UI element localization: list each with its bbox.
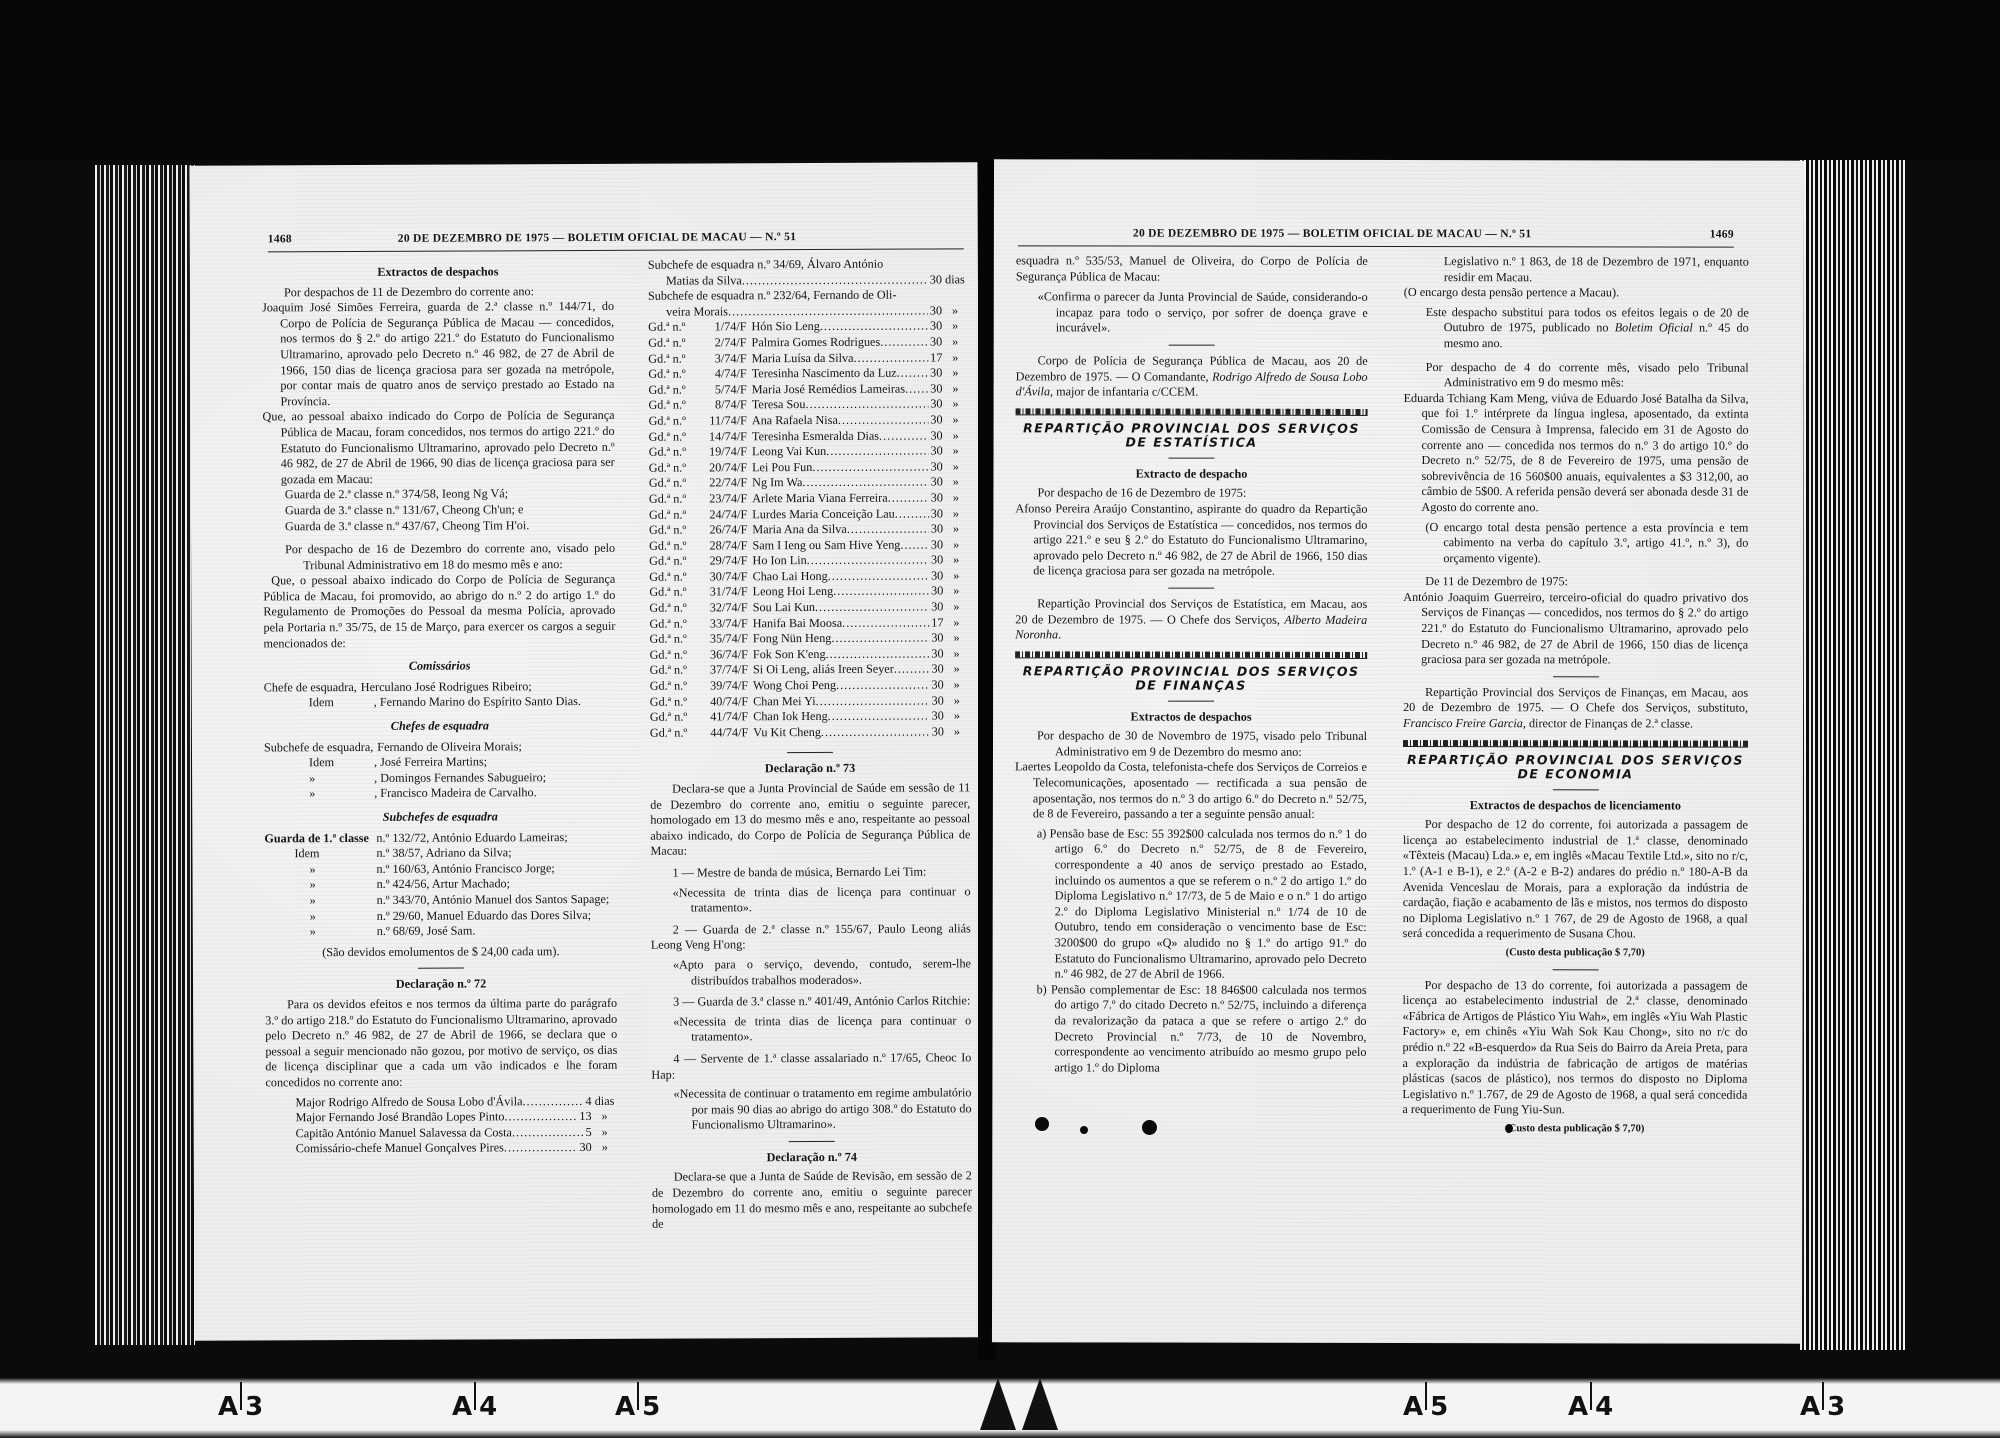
leader-dots xyxy=(826,444,928,460)
gd-name: Si Oi Leng, aliás Ireen Seyer xyxy=(753,662,894,678)
gd-name: Lurdes Maria Conceição Lau xyxy=(752,506,895,522)
gd-name: Ho Ion Lin xyxy=(752,553,806,569)
list-item: Capitão António Manuel Salavessa da Cost… xyxy=(296,1125,618,1142)
gd-unit: » xyxy=(942,365,968,381)
gd-prefix: Gd.ª n.º xyxy=(649,476,689,492)
left-column-1: Extractos de despachos Por despachos de … xyxy=(262,258,618,1157)
ink-blot xyxy=(1080,1126,1088,1134)
list-item: »n.º 68/69, José Sam. xyxy=(265,923,617,940)
paragraph: Para os devidos efeitos e nos termos da … xyxy=(265,996,617,1091)
table-row: Gd.ª n.º 32/74/FSou Lai Kun30» xyxy=(649,599,969,616)
item-days: 13 xyxy=(577,1109,591,1125)
gd-number: 35/74/F xyxy=(690,632,753,648)
decl73-items: 1 — Mestre de banda de música, Bernardo … xyxy=(650,864,971,1133)
gd-days: 30 xyxy=(930,693,944,709)
leader-dots xyxy=(805,397,928,413)
declaration-title: Declaração n.º 74 xyxy=(652,1149,972,1166)
page-number: 1468 xyxy=(268,233,292,245)
leader-dots xyxy=(816,693,930,709)
list-item: »n.º 29/60, Manuel Eduardo das Dores Sil… xyxy=(265,907,617,924)
running-head-title: 20 DE DEZEMBRO DE 1975 — BOLETIM OFICIAL… xyxy=(398,231,797,245)
gd-unit: » xyxy=(943,615,969,631)
paragraph: Que, o pessoal abaixo indicado do Corpo … xyxy=(263,572,615,652)
list-item: », Domingos Fernandes Sabugueiro; xyxy=(264,770,616,787)
gd-unit: » xyxy=(943,521,969,537)
list-item: Idem, Fernando Marino do Espírito Santo … xyxy=(264,694,616,711)
gd-days: 30 xyxy=(928,397,942,413)
leader-dots xyxy=(728,303,928,319)
running-head-right: 20 DE DEZEMBRO DE 1975 — BOLETIM OFICIAL… xyxy=(1018,227,1734,246)
leader-dots xyxy=(905,381,928,397)
leader-dots xyxy=(833,584,929,600)
leave-list: Subchefe de esquadra n.º 34/69, Álvaro A… xyxy=(648,256,968,320)
gd-number: 11/74/F xyxy=(689,413,752,429)
table-row: Gd.ª n.º 28/74/FSam I Ieng ou Sam Hive Y… xyxy=(649,537,969,554)
decl-item-quote: «Necessita de continuar o tratamento em … xyxy=(651,1085,971,1133)
divider xyxy=(1552,969,1598,970)
gd-name: Teresinha Esmeralda Dias xyxy=(752,428,879,444)
gd-name: Wong Choi Peng xyxy=(753,678,836,694)
leader-dots xyxy=(807,553,929,569)
item-label: Capitão António Manuel Salavessa da Cost… xyxy=(296,1125,512,1142)
gd-number: 19/74/F xyxy=(689,444,752,460)
gd-number: 3/74/F xyxy=(689,351,752,367)
list-item: Idem, José Ferreira Martins; xyxy=(264,754,616,771)
gd-name: Maria Luísa da Silva xyxy=(752,350,854,366)
paragraph: Legislativo n.º 1 863, de 18 de Dezembro… xyxy=(1404,254,1749,286)
decl-item-head: 4 — Servente de 1.ª classe assalariado n… xyxy=(651,1050,971,1083)
leader-dots xyxy=(838,412,929,428)
gd-number: 31/74/F xyxy=(690,585,753,601)
item-days: 30 xyxy=(578,1140,592,1156)
gd-number: 29/74/F xyxy=(689,554,752,570)
divider xyxy=(1169,457,1215,458)
table-row: Gd.ª n.º 4/74/FTeresinha Nascimento da L… xyxy=(648,365,968,382)
gd-unit: » xyxy=(943,428,969,444)
gd-unit: » xyxy=(942,397,968,413)
mark-bar xyxy=(637,1382,639,1410)
leader-dots xyxy=(831,631,929,647)
gd-days: 30 xyxy=(928,428,942,444)
gd-unit: » xyxy=(943,459,969,475)
frame-mark: A4 xyxy=(452,1392,496,1422)
gd-days: 30 xyxy=(929,522,943,538)
leader-dots xyxy=(504,1109,577,1125)
list-item: Guarda de 3.ª classe n.º 437/67, Cheong … xyxy=(285,517,615,534)
gd-days: 30 xyxy=(929,584,943,600)
decl-item-quote: «Necessita de trinta dias de licença par… xyxy=(651,884,971,917)
pension-item-a: a) Pensão base de Esc: 55 392$00 calcula… xyxy=(1015,826,1367,983)
paragraph: Por despacho de 4 do corrente mês, visad… xyxy=(1404,360,1749,392)
leader-dots xyxy=(821,724,930,740)
table-row: Gd.ª n.º 37/74/FSi Oi Leng, aliás Ireen … xyxy=(650,662,970,679)
mark-bar xyxy=(240,1382,242,1410)
decl-item-quote: «Apto para o serviço, devendo, contudo, … xyxy=(651,956,971,989)
gd-days: 30 xyxy=(929,600,943,616)
paragraph: Por despacho de 16 de Dezembro do corren… xyxy=(263,541,615,574)
section-heading: Extracto de despacho xyxy=(1015,466,1367,482)
gd-name: Lei Pou Fun xyxy=(752,460,812,476)
gd-number: 5/74/F xyxy=(689,382,752,398)
leader-dots xyxy=(894,662,930,678)
gd-number: 40/74/F xyxy=(690,694,753,710)
gd-name: Hanifa Bai Moosa xyxy=(753,616,842,632)
gd-prefix: Gd.ª n.º xyxy=(649,569,689,585)
table-row: Gd.ª n.º 39/74/FWong Choi Peng30» xyxy=(650,677,970,694)
note: (O encargo desta pensão pertence a Macau… xyxy=(1404,285,1749,301)
paragraph: Eduarda Tchiang Kam Meng, viúva de Eduar… xyxy=(1403,391,1748,516)
signoff: Repartição Provincial dos Serviços de Fi… xyxy=(1403,685,1748,732)
gd-unit: » xyxy=(942,350,968,366)
item-unit: dias xyxy=(591,1093,617,1109)
left-column-2: Subchefe de esquadra n.º 34/69, Álvaro A… xyxy=(648,256,972,1232)
department-heading: REPARTIÇÃO PROVINCIAL DOS SERVIÇOSDE ECO… xyxy=(1403,753,1748,782)
gd-unit: » xyxy=(943,443,969,459)
gd-prefix: Gd.ª n.º xyxy=(649,601,689,617)
frame-divider-triangle xyxy=(1022,1378,1058,1430)
gd-name: Ana Rafaela Nisa xyxy=(752,413,838,429)
frame-divider-triangle xyxy=(980,1378,1016,1430)
gd-number: 36/74/F xyxy=(690,647,753,663)
gd-days: 30 xyxy=(929,537,943,553)
table-row: Gd.ª n.º 41/74/FChan Iok Heng30» xyxy=(650,709,970,726)
gd-prefix: Gd.ª n.º xyxy=(649,460,689,476)
paragraph: Por despacho de 13 do corrente, foi auto… xyxy=(1402,978,1747,1119)
gd-name: Maria José Remédios Lameiras xyxy=(752,381,905,397)
gd-days: 30 xyxy=(929,506,943,522)
gd-prefix: Gd.ª n.º xyxy=(648,336,688,352)
publication-cost: (Custo desta publicação $ 7,70) xyxy=(1402,1121,1747,1137)
list-item: Guarda de 1.ª classen.º 132/72, António … xyxy=(264,829,616,846)
list-item: Guarda de 3.ª classe n.º 131/67, Cheong … xyxy=(285,502,615,519)
gd-prefix: Gd.ª n.º xyxy=(650,647,690,663)
paragraph: De 11 de Dezembro de 1975: xyxy=(1403,574,1748,590)
item-days: 30 xyxy=(928,272,942,288)
list-item: Matias da Silva30dias xyxy=(648,272,968,289)
ink-blot xyxy=(1142,1120,1157,1135)
table-row: Gd.ª n.º 5/74/FMaria José Remédios Lamei… xyxy=(648,381,968,398)
leader-dots xyxy=(828,709,930,725)
subsection-heading: Subchefes de esquadra xyxy=(264,809,616,826)
gd-unit: » xyxy=(942,319,968,335)
gd-prefix: Gd.ª n.º xyxy=(649,491,689,507)
decl-item-quote: «Necessita de trinta dias de licença par… xyxy=(651,1013,971,1046)
paragraph: Por despacho de 30 de Novembro de 1975, … xyxy=(1015,729,1367,761)
gd-name: Chao Lai Hong xyxy=(753,569,828,585)
gd-number: 1/74/F xyxy=(688,320,751,336)
gd-unit: » xyxy=(943,553,969,569)
declaration-title: Declaração n.º 72 xyxy=(265,976,617,993)
gd-name: Hón Sio Leng xyxy=(751,319,819,335)
mark-bar xyxy=(474,1382,476,1410)
table-row: Gd.ª n.º 14/74/FTeresinha Esmeralda Dias… xyxy=(649,428,969,445)
divider xyxy=(1168,588,1214,589)
subsection-heading: Comissários xyxy=(264,658,616,675)
gd-prefix: Gd.ª n.º xyxy=(649,523,689,539)
section-heading: Extractos de despachos de licenciamento xyxy=(1403,798,1748,814)
ornamental-divider xyxy=(1016,408,1368,416)
leader-dots xyxy=(897,366,929,382)
gd-days: 30 xyxy=(928,366,942,382)
list-item: Guarda de 2.ª classe n.º 374/58, Ieong N… xyxy=(285,486,615,503)
gd-list: Gd.ª n.º 1/74/FHón Sio Leng30»Gd.ª n.º 2… xyxy=(648,319,970,741)
declaration-title: Declaração n.º 73 xyxy=(650,761,970,778)
table-row: Gd.ª n.º 29/74/FHo Ion Lin30» xyxy=(649,553,969,570)
paragraph: Joaquim José Simões Ferreira, guarda de … xyxy=(262,299,614,410)
leader-dots xyxy=(895,506,929,522)
gd-prefix: Gd.ª n.º xyxy=(649,429,689,445)
gd-number: 14/74/F xyxy=(689,429,752,445)
note: (O encargo total desta pensão pertence a… xyxy=(1403,520,1748,567)
list-item-label: Subchefe de esquadra n.º 232/64, Fernand… xyxy=(648,288,968,305)
table-row: Gd.ª n.º 3/74/FMaria Luísa da Silva17» xyxy=(648,350,968,367)
leader-dots xyxy=(812,459,928,475)
paragraph: Este despacho substitui para todos os ef… xyxy=(1404,305,1749,352)
page-stack-edge-left xyxy=(95,165,195,1345)
gd-days: 30 xyxy=(930,709,944,725)
frame-mark: A3 xyxy=(1800,1392,1844,1422)
decl72-list: Major Rodrigo Alfredo de Sousa Lobo d'Áv… xyxy=(265,1093,617,1157)
gd-number: 30/74/F xyxy=(690,569,753,585)
gd-unit: » xyxy=(942,381,968,397)
gd-prefix: Gd.ª n.º xyxy=(648,382,688,398)
divider xyxy=(1169,345,1215,346)
gd-number: 26/74/F xyxy=(689,522,752,538)
item-days: 4 xyxy=(583,1093,591,1109)
leader-dots xyxy=(853,350,928,366)
item-unit: » xyxy=(592,1109,618,1125)
divider xyxy=(787,752,833,753)
decl-item-head: 3 — Guarda de 3.ª classe n.º 401/49, Ant… xyxy=(651,993,971,1010)
paragraph: Por despacho de 12 do corrente, foi auto… xyxy=(1403,817,1748,942)
table-row: Gd.ª n.º 23/74/FArlete Maria Viana Ferre… xyxy=(649,490,969,507)
gd-days: 30 xyxy=(928,319,942,335)
gd-name: Sam I Ieng ou Sam Hive Yeng xyxy=(752,537,900,553)
mark-bar xyxy=(1425,1382,1427,1410)
table-row: Gd.ª n.º 31/74/FLeong Hoi Leng30» xyxy=(649,584,969,601)
gd-unit: » xyxy=(943,568,969,584)
gd-unit: » xyxy=(944,646,970,662)
gd-unit: » xyxy=(944,709,970,725)
gd-number: 41/74/F xyxy=(690,709,753,725)
gd-unit: » xyxy=(944,662,970,678)
gd-days: 30 xyxy=(928,444,942,460)
gd-prefix: Gd.ª n.º xyxy=(650,663,690,679)
leader-dots xyxy=(825,646,929,662)
publication-cost: (Custo desta publicação $ 7,70) xyxy=(1403,945,1748,961)
paragraph: António Joaquim Guerreiro, terceiro-ofic… xyxy=(1403,590,1748,669)
pension-item-b: b) Pensão complementar de Esc: 18 846$00… xyxy=(1014,982,1366,1076)
list-item: Subchefe de esquadra,Fernando de Oliveir… xyxy=(264,738,616,755)
gd-prefix: Gd.ª n.º xyxy=(649,554,689,570)
paragraph: esquadra n.º 535/53, Manuel de Oliveira,… xyxy=(1016,253,1368,285)
gd-name: Leong Hoi Leng xyxy=(753,584,834,600)
table-row: Gd.ª n.º 1/74/FHón Sio Leng30» xyxy=(648,319,968,336)
gd-number: 39/74/F xyxy=(690,678,753,694)
gd-name: Maria Ana da Silva xyxy=(752,522,847,538)
film-border-top xyxy=(0,0,2000,160)
list-item: »n.º 343/70, António Manuel dos Santos S… xyxy=(265,892,617,909)
gd-unit: » xyxy=(942,334,968,350)
list-item-label: Subchefe de esquadra n.º 34/69, Álvaro A… xyxy=(648,256,968,273)
subsection-heading: Chefes de esquadra xyxy=(264,718,616,735)
gd-days: 30 xyxy=(928,334,942,350)
gd-days: 17 xyxy=(928,350,942,366)
paragraph: Declara-se que a Junta de Saúde de Revis… xyxy=(652,1169,972,1233)
gd-name: Fok Son K'eng xyxy=(753,647,826,663)
section-heading: Extractos de despachos xyxy=(262,264,614,281)
leader-dots xyxy=(879,428,928,444)
ink-blot xyxy=(1505,1124,1513,1133)
table-row: Gd.ª n.º 20/74/FLei Pou Fun30» xyxy=(649,459,969,476)
list-item: Major Rodrigo Alfredo de Sousa Lobo d'Áv… xyxy=(295,1093,617,1110)
item-label: veira Morais xyxy=(666,304,728,320)
gd-days: 30 xyxy=(929,662,943,678)
ornamental-divider xyxy=(1403,740,1748,748)
gd-name: Leong Vai Kun xyxy=(752,444,826,460)
item-label: Major Fernando José Brandão Lopes Pinto xyxy=(296,1109,505,1126)
leader-dots xyxy=(828,568,929,584)
divider xyxy=(1553,676,1599,677)
list-item: »n.º 424/56, Artur Machado; xyxy=(265,876,617,893)
item-unit: dias xyxy=(942,272,968,288)
paragraph: Laertes Leopoldo da Costa, telefonista-c… xyxy=(1015,760,1367,823)
gd-unit: » xyxy=(943,506,969,522)
gd-days: 30 xyxy=(928,381,942,397)
mark-bar xyxy=(1822,1382,1824,1410)
gd-name: Vu Kit Cheng xyxy=(753,725,821,741)
gd-prefix: Gd.ª n.º xyxy=(649,632,689,648)
page-stack-edge-right xyxy=(1800,160,1905,1350)
divider xyxy=(418,968,464,969)
department-heading: REPARTIÇÃO PROVINCIAL DOS SERVIÇOSDE FIN… xyxy=(1015,664,1367,693)
gd-name: Teresinha Nascimento da Luz xyxy=(752,366,897,382)
gd-unit: » xyxy=(943,537,969,553)
leader-dots xyxy=(900,537,929,553)
gd-days: 30 xyxy=(929,459,943,475)
list-item: Major Fernando José Brandão Lopes Pinto1… xyxy=(296,1109,618,1126)
gd-unit: » xyxy=(943,490,969,506)
gd-prefix: Gd.ª n.º xyxy=(650,694,690,710)
table-row: Gd.ª n.º 36/74/FFok Son K'eng30» xyxy=(650,646,970,663)
gd-name: Palmira Gomes Rodrigues xyxy=(752,335,881,351)
gd-number: 24/74/F xyxy=(689,507,752,523)
table-row: Gd.ª n.º 2/74/FPalmira Gomes Rodrigues30… xyxy=(648,334,968,351)
gd-days: 30 xyxy=(929,553,943,569)
gd-prefix: Gd.ª n.º xyxy=(648,398,688,414)
gd-prefix: Gd.ª n.º xyxy=(649,538,689,554)
gd-prefix: Gd.ª n.º xyxy=(648,367,688,383)
paragraph: Declara-se que a Junta Provincial de Saú… xyxy=(650,780,970,859)
leader-dots xyxy=(512,1125,584,1141)
gd-number: 8/74/F xyxy=(689,398,752,414)
gd-days: 30 xyxy=(929,490,943,506)
signoff: Corpo de Polícia de Segurança Pública de… xyxy=(1016,353,1368,400)
gd-number: 2/74/F xyxy=(689,335,752,351)
table-row: Gd.ª n.º 35/74/FFong Nün Heng30» xyxy=(649,631,969,648)
list-item: Chefe de esquadra,Herculano José Rodrigu… xyxy=(264,679,616,696)
table-row: Gd.ª n.º 26/74/FMaria Ana da Silva30» xyxy=(649,521,969,538)
item-label: Matias da Silva xyxy=(666,273,742,289)
frame-mark: A3 xyxy=(218,1392,262,1422)
running-head-title: 20 DE DEZEMBRO DE 1975 — BOLETIM OFICIAL… xyxy=(1133,228,1532,241)
paragraph: Por despacho de 16 de Dezembro de 1975: xyxy=(1015,486,1367,502)
gd-name: Teresa Sou xyxy=(752,397,806,413)
item-label: Major Rodrigo Alfredo de Sousa Lobo d'Áv… xyxy=(295,1094,522,1111)
gd-prefix: Gd.ª n.º xyxy=(650,725,690,741)
gd-unit: » xyxy=(943,631,969,647)
gd-name: Fong Nün Heng xyxy=(753,631,832,647)
divider xyxy=(1168,700,1214,701)
leader-dots xyxy=(522,1094,583,1110)
gd-days: 30 xyxy=(929,677,943,693)
table-row: Gd.ª n.º 33/74/FHanifa Bai Moosa17» xyxy=(649,615,969,632)
gd-prefix: Gd.ª n.º xyxy=(649,445,689,461)
leader-dots xyxy=(847,522,929,538)
ornamental-divider xyxy=(1015,651,1367,659)
paragraph: Afonso Pereira Araújo Constantino, aspir… xyxy=(1015,501,1367,580)
list-item: »n.º 160/63, António Francisco Jorge; xyxy=(264,861,616,878)
signoff: Repartição Provincial dos Serviços de Es… xyxy=(1015,596,1367,643)
decl-item-head: 1 — Mestre de banda de música, Bernardo … xyxy=(650,864,970,881)
item-days: 5 xyxy=(584,1125,592,1141)
gd-name: Chan Iok Heng xyxy=(753,709,828,725)
table-row: Gd.ª n.º 22/74/FNg Im Wa30» xyxy=(649,475,969,492)
mark-bar xyxy=(1590,1382,1592,1410)
leader-dots xyxy=(820,319,928,335)
gd-unit: » xyxy=(943,412,969,428)
frame-mark: A5 xyxy=(615,1392,659,1422)
gd-days: 30 xyxy=(929,475,943,491)
leader-dots xyxy=(802,475,928,491)
section-heading: Extractos de despachos xyxy=(1015,709,1367,725)
gd-unit: » xyxy=(943,475,969,491)
gd-days: 30 xyxy=(928,412,942,428)
gd-number: 32/74/F xyxy=(690,600,753,616)
emolumentos-note: (São devidos emolumentos de $ 24,00 cada… xyxy=(265,944,617,961)
gd-unit: » xyxy=(943,599,969,615)
gd-number: 4/74/F xyxy=(689,366,752,382)
gd-days: 30 xyxy=(929,568,943,584)
item-unit: » xyxy=(592,1140,618,1156)
leader-dots xyxy=(742,272,928,288)
leader-dots xyxy=(815,600,929,616)
gd-prefix: Gd.ª n.º xyxy=(649,616,689,632)
gd-number: 23/74/F xyxy=(689,491,752,507)
item-label: Comissário-chefe Manuel Gonçalves Pires xyxy=(296,1141,504,1158)
running-head-left: 1468 20 DE DEZEMBRO DE 1975 — BOLETIM OF… xyxy=(268,230,964,251)
leader-dots xyxy=(836,678,930,694)
paragraph: Que, ao pessoal abaixo indicado do Corpo… xyxy=(263,408,615,488)
paragraph: Por despachos de 11 de Dezembro do corre… xyxy=(262,283,614,300)
gd-name: Sou Lai Kun xyxy=(753,600,815,616)
page-number: 1469 xyxy=(1710,229,1734,241)
divider xyxy=(789,1141,835,1142)
gd-number: 44/74/F xyxy=(690,725,753,741)
frame-mark: A5 xyxy=(1403,1392,1447,1422)
gd-name: Ng Im Wa xyxy=(752,475,802,491)
gd-days: 30 xyxy=(929,631,943,647)
list-item: Comissário-chefe Manuel Gonçalves Pires3… xyxy=(296,1140,618,1157)
gd-days: 17 xyxy=(929,615,943,631)
leader-dots xyxy=(888,490,929,506)
gd-unit: » xyxy=(943,584,969,600)
item-unit: » xyxy=(942,303,968,319)
gd-number: 20/74/F xyxy=(689,460,752,476)
table-row: Gd.ª n.º 19/74/FLeong Vai Kun30» xyxy=(649,443,969,460)
gd-number: 37/74/F xyxy=(690,663,753,679)
right-column-2: Legislativo n.º 1 863, de 18 de Dezembro… xyxy=(1402,254,1749,1137)
